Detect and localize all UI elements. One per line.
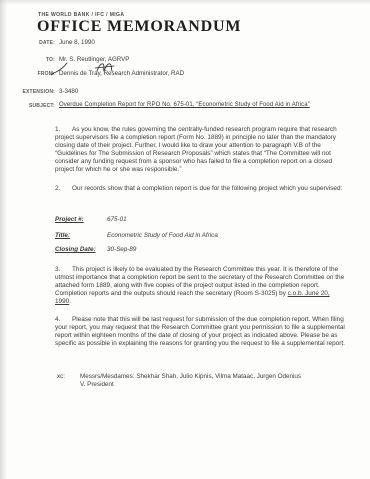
cc-names-line1: Messrs/Mesdames: Shekhar Shah, Julio Kip… [80, 373, 349, 381]
extension-value: 3-3480 [59, 88, 360, 95]
extension-row: EXTENSION: 3-3480 [0, 88, 360, 95]
paragraph-3-period: . [69, 298, 71, 305]
paragraph-3: 3.This project is likely to be evaluated… [55, 266, 347, 306]
project-title-label: Title: [55, 232, 70, 239]
project-number-label: Project #: [55, 216, 84, 223]
scan-edge [0, 0, 370, 5]
paragraph-4-text: Please note that this will be last reque… [55, 316, 345, 347]
closing-date-value: 30-Sep-89 [107, 246, 136, 253]
to-value: Mr. S. Reutlinger, AGRVP [59, 56, 360, 63]
handwritten-strike [95, 66, 114, 68]
paragraph-4-number: 4. [55, 316, 72, 324]
from-label: FROM: [0, 71, 55, 77]
extension-label: EXTENSION: [0, 89, 55, 95]
closing-date-label: Closing Date: [55, 246, 96, 253]
date-value: June 8, 1990 [59, 39, 360, 46]
paragraph-2-number: 2. [55, 185, 72, 193]
memo-title: OFFICE MEMORANDUM [37, 18, 241, 36]
subject-value: Overdue Completion Report for RPO No. 67… [59, 102, 360, 108]
cc-names-line2: V. President [80, 381, 349, 389]
to-row: TO: Mr. S. Reutlinger, AGRVP [0, 56, 360, 63]
project-number-value: 675-01 [107, 216, 127, 223]
cc-block: xc: Messrs/Mesdames: Shekhar Shah, Julio… [57, 373, 349, 389]
to-label: TO: [0, 57, 55, 63]
subject-label: SUBJECT: [0, 103, 55, 109]
memo-page: THE WORLD BANK / IFC / MIGA OFFICE MEMOR… [0, 0, 370, 479]
subject-row: SUBJECT: Overdue Completion Report for R… [0, 102, 360, 108]
project-title-value: Econometric Study of Food Aid in Africa [107, 232, 218, 239]
date-row: DATE: June 8, 1990 [0, 39, 360, 46]
paragraph-2: 2.Our records show that a completion rep… [55, 185, 347, 193]
paragraph-4: 4.Please note that this will be last req… [55, 316, 347, 348]
paragraph-1: 1.As you know, the rules governing the c… [55, 126, 347, 174]
from-value: Dennis de Tray, Research Administrator, … [59, 70, 360, 77]
paragraph-1-text: As you know, the rules governing the cen… [55, 126, 337, 173]
date-label: DATE: [0, 40, 55, 46]
from-row: FROM: Dennis de Tray, Research Administr… [0, 70, 360, 77]
paragraph-2-text: Our records show that a completion repor… [72, 185, 342, 192]
paragraph-1-number: 1. [55, 126, 72, 134]
paragraph-3-number: 3. [55, 266, 72, 274]
cc-label: xc: [57, 373, 65, 381]
